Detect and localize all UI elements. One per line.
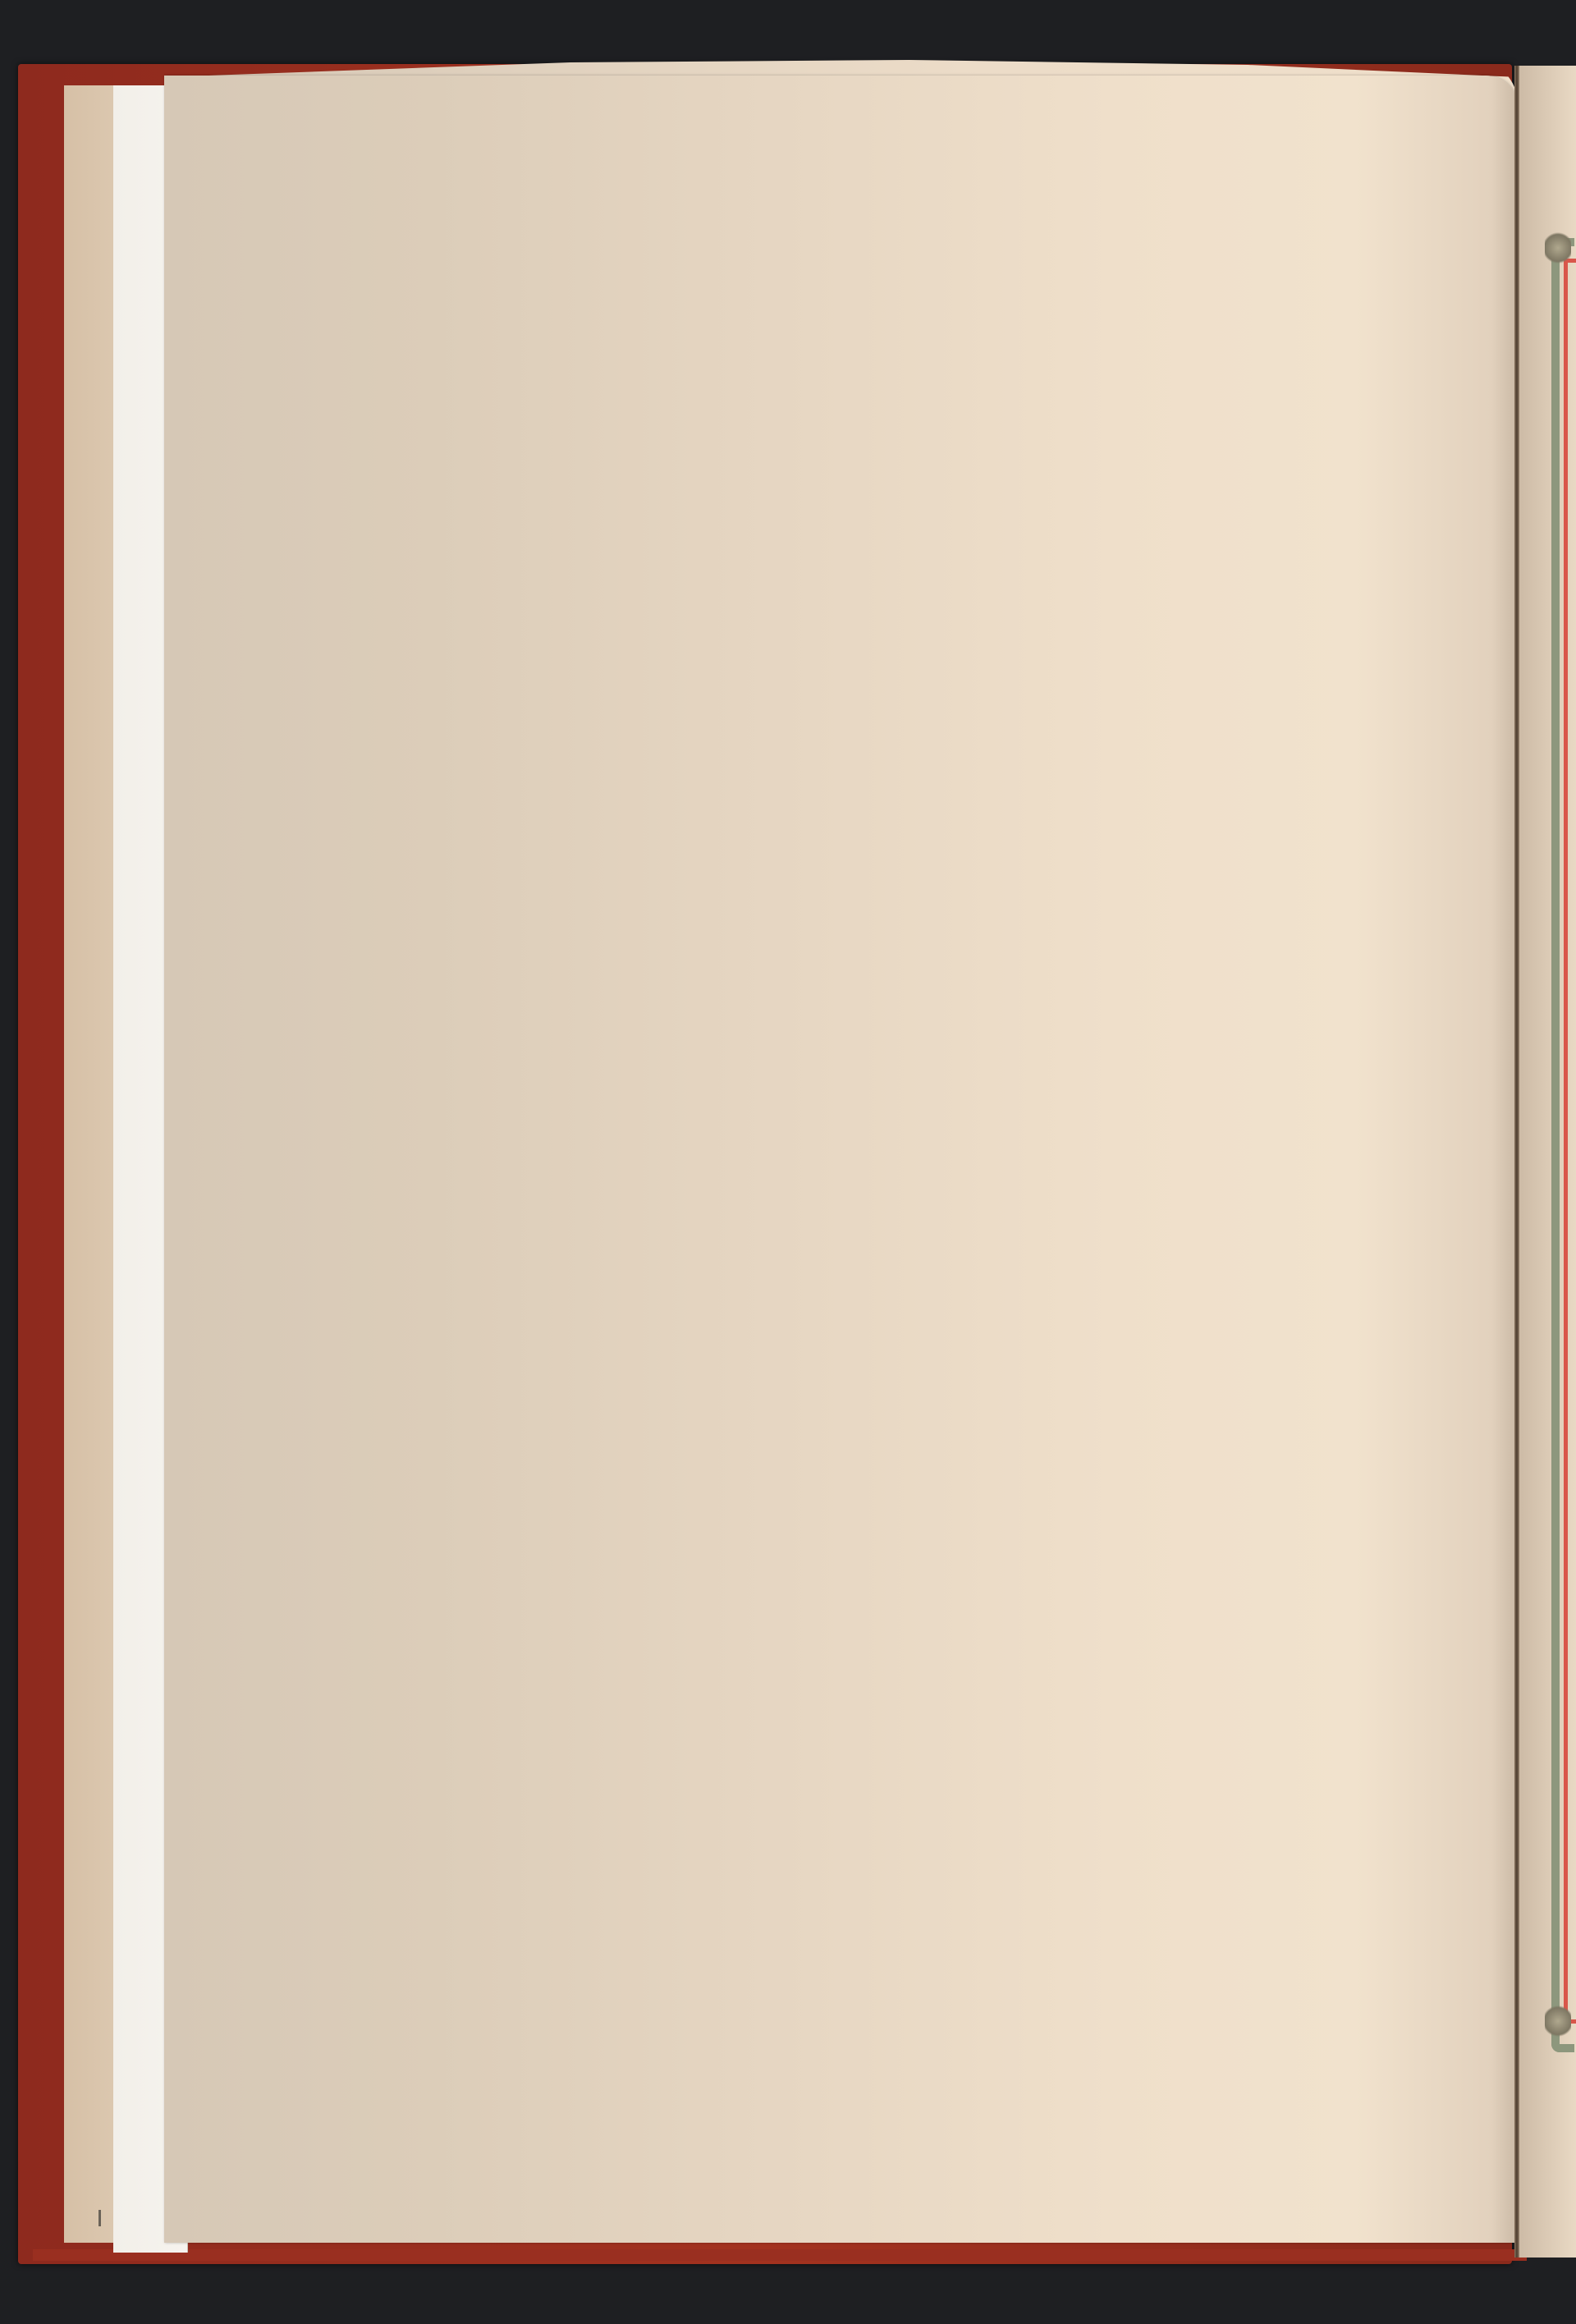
blank-book-page [164, 76, 1519, 2243]
ornamental-frame-red [1564, 259, 1576, 2024]
pencil-mark: | [98, 2210, 101, 2226]
flyleaf [64, 85, 119, 2243]
frame-corner-ornament-top [1545, 230, 1571, 266]
book-cover-bottom-edge [33, 2249, 1527, 2261]
frame-corner-ornament-bottom [1545, 2003, 1571, 2039]
